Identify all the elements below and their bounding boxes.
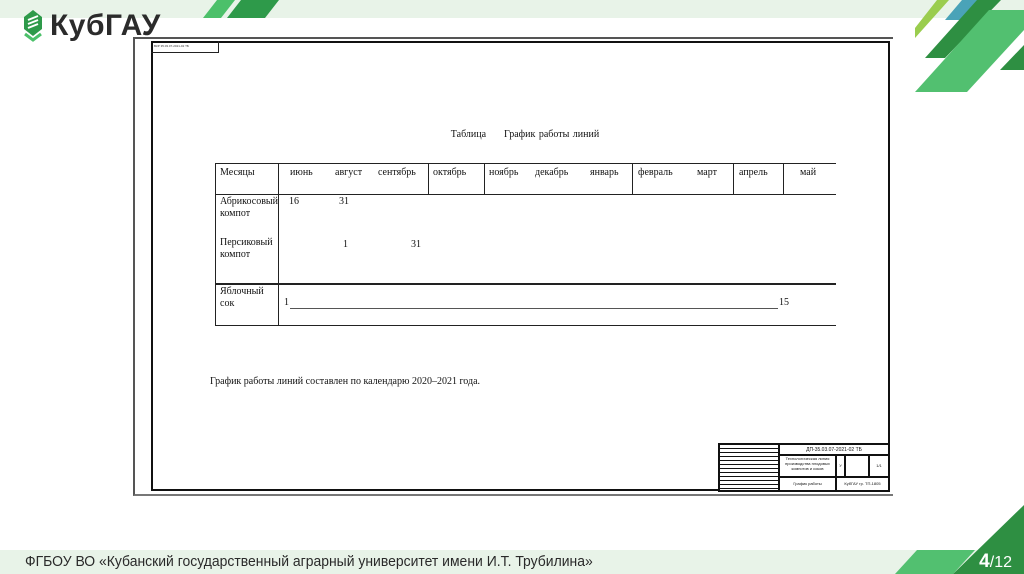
kubgau-leaf-icon (22, 9, 44, 43)
header-months-label: Месяцы (220, 167, 255, 178)
page-total: /12 (990, 554, 1012, 571)
schedule-note: График работы линий составлен по календа… (210, 376, 480, 387)
apricot-end-day: 31 (339, 196, 349, 207)
apple-start-day: 1 (284, 297, 289, 308)
decorative-stripes-top (195, 0, 285, 18)
decorative-stripes-right (915, 0, 1024, 95)
row-label-apricot: Абрикосовый компот (220, 196, 280, 220)
month-header: июнь (290, 167, 313, 178)
table-caption-text: График работы линий (504, 129, 599, 140)
page-current: 4 (979, 551, 990, 572)
month-header: апрель (739, 167, 768, 178)
apple-end-day: 15 (779, 297, 789, 308)
schedule-table: Месяцы июнь август сентябрь октябрь нояб… (215, 163, 836, 326)
slide-page-number: 4/12 (979, 551, 1012, 573)
month-header: август (335, 167, 362, 178)
month-header: ноябрь (489, 167, 518, 178)
title-block-designation: ДП-35.03.07-2021-02 ТБ (779, 444, 889, 455)
month-header: май (800, 167, 816, 178)
table-caption: ТаблицаГрафик работы линий (300, 129, 750, 140)
title-block: ДП-35.03.07-2021-02 ТБ Технологическая л… (718, 443, 890, 492)
footer-organization: ФГБОУ ВО «Кубанский государственный агра… (25, 553, 593, 570)
month-header: февраль (638, 167, 673, 178)
month-header: сентябрь (378, 167, 416, 178)
row-label-apple-juice: Яблочный сок (220, 286, 280, 310)
row-label-peach: Персиковый компот (220, 237, 280, 261)
peach-start-day: 1 (343, 239, 348, 250)
peach-end-day: 31 (411, 239, 421, 250)
title-block-letter: У (836, 455, 845, 477)
title-block-sheets: 1/1 (869, 455, 889, 477)
apple-duration-bar (290, 308, 778, 309)
month-header: март (697, 167, 717, 178)
document-code-stamp: ВКР 35.03.07-2021-02 ТБ (151, 41, 219, 53)
title-block-sheet-title: График работы (779, 477, 836, 491)
title-block-organization: КубГАУ гр. ТП-1805 (836, 477, 889, 491)
month-header: декабрь (535, 167, 568, 178)
apricot-start-day: 16 (289, 196, 299, 207)
table-caption-label: Таблица (451, 129, 486, 140)
month-header: январь (590, 167, 619, 178)
title-block-description: Технологическая линия производства плодо… (779, 455, 836, 477)
month-header: октябрь (433, 167, 466, 178)
